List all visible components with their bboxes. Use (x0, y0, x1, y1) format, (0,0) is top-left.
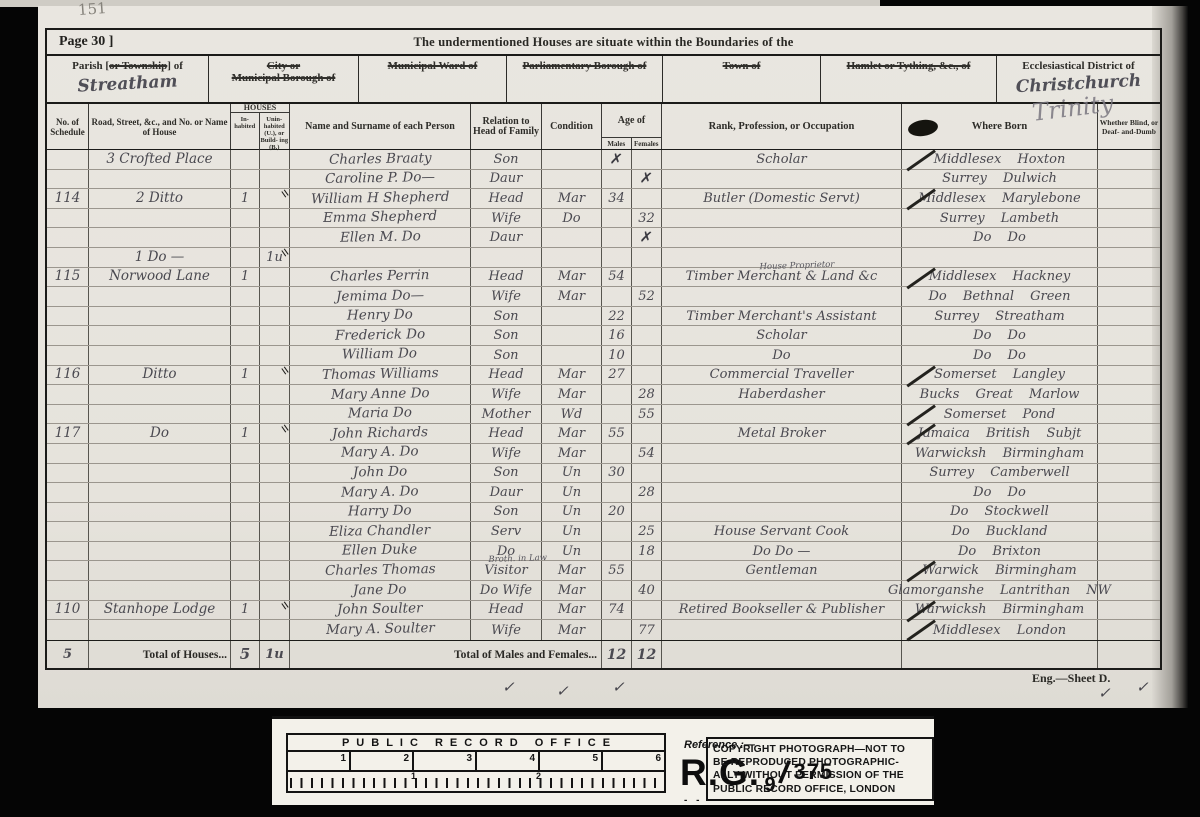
ruler-number: 6 (603, 752, 664, 770)
cell-f: 40 (632, 581, 662, 600)
table-row: Jane DoDo WifeMar40Glamorganshe Lantrith… (47, 581, 1160, 601)
cell-f (632, 307, 662, 326)
cell-blind (1098, 366, 1160, 385)
tally-stroke (906, 404, 935, 426)
pro-stamp-strip: PUBLIC RECORD OFFICE 123456 1 2 Referenc… (272, 716, 934, 805)
cell-m (602, 248, 632, 267)
cell-cond: Un (542, 542, 602, 561)
cell-m (602, 209, 632, 228)
cell-addr (89, 503, 231, 522)
cell-hu (260, 287, 290, 306)
cell-rel: Wife (471, 620, 542, 640)
cell-hu (260, 170, 290, 189)
cell-hu (260, 385, 290, 404)
cell-name: Mary Anne Do (290, 385, 471, 404)
cell-addr (89, 522, 231, 541)
cell-cond: Wd (542, 405, 602, 424)
cell-m (602, 620, 632, 640)
cell-born: Surrey Streatham (902, 307, 1098, 326)
cell-hi (231, 346, 260, 365)
cell-f: 52 (632, 287, 662, 306)
cell-born: Do Do (902, 483, 1098, 502)
cell-sched (47, 326, 89, 345)
cell-sched (47, 542, 89, 561)
cell-addr (89, 209, 231, 228)
table-row: Caroline P. Do—Daur✗Surrey Dulwich (47, 170, 1160, 190)
cell-m: 16 (602, 326, 632, 345)
cell-occ: Timber Merchant's Assistant (662, 307, 902, 326)
cell-m: 34 (602, 189, 632, 208)
cell-hu (260, 542, 290, 561)
cell-sched: 115 (47, 268, 89, 287)
cell-rel: Head (471, 268, 542, 287)
cell-occ: Retired Bookseller & Publisher (662, 601, 902, 620)
cell-born: Do Do (902, 346, 1098, 365)
cell-name: William H Shepherd= (290, 189, 471, 208)
col-header-age: Age of Males Females (602, 104, 662, 149)
cell-hu (260, 620, 290, 640)
table-row: 117Do1John Richards=HeadMar55Metal Broke… (47, 424, 1160, 444)
cell-sched (47, 307, 89, 326)
cell-cond (542, 228, 602, 247)
cell-hu (260, 307, 290, 326)
cell-cond: Do (542, 209, 602, 228)
cell-born: Jamaica British Subjt (902, 424, 1098, 443)
cell-name: Mary A. Do (290, 483, 471, 502)
table-row: Henry DoSon22Timber Merchant's Assistant… (47, 307, 1160, 327)
cell-blind (1098, 326, 1160, 345)
cell-born: Somerset Pond (902, 405, 1098, 424)
cell-born: Warwicksh Birmingham (902, 444, 1098, 463)
folio-number: 151 (77, 0, 107, 19)
cell-name: = (290, 248, 471, 267)
cell-rel: Son (471, 326, 542, 345)
cell-rel: Daur (471, 483, 542, 502)
cell-cond (542, 248, 602, 267)
cell-hu (260, 405, 290, 424)
cell-rel: Daur (471, 228, 542, 247)
cell-hi (231, 561, 260, 580)
cell-addr (89, 483, 231, 502)
cell-sched (47, 581, 89, 600)
census-form: Page 30 ] The undermentioned Houses are … (45, 28, 1162, 670)
cell-hi (231, 248, 260, 267)
cell-addr (89, 561, 231, 580)
cell-m (602, 228, 632, 247)
cell-rel: Head (471, 424, 542, 443)
form-title: The undermentioned Houses are situate wi… (413, 35, 793, 50)
cell-f: 28 (632, 385, 662, 404)
cell-addr (89, 620, 231, 640)
ruler-ticks: 1 2 (288, 772, 664, 789)
cell-blind (1098, 620, 1160, 640)
cell-name: John Do (290, 464, 471, 483)
cell-born: Do Buckland (902, 522, 1098, 541)
cell-blind (1098, 444, 1160, 463)
cell-addr (89, 385, 231, 404)
column-header-row: No. of Schedule Road, Street, &c., and N… (47, 104, 1160, 150)
cell-f: 28 (632, 483, 662, 502)
cell-addr (89, 287, 231, 306)
cell-occ: Timber Merchant & Land &cHouse Proprieto… (662, 268, 902, 287)
cell-f: 18 (632, 542, 662, 561)
cell-cond: Un (542, 503, 602, 522)
cell-hu (260, 503, 290, 522)
jurisdiction-value: Streatham (47, 72, 209, 97)
cell-m: 22 (602, 307, 632, 326)
cell-rel: Do Wife (471, 581, 542, 600)
cell-sched (47, 464, 89, 483)
cell-rel: Son (471, 346, 542, 365)
cell-sched: 110 (47, 601, 89, 620)
cell-rel (471, 248, 542, 267)
cell-rel: Son (471, 503, 542, 522)
jurisdiction-cell-2: Municipal Ward of (359, 56, 507, 102)
ruler-number: 2 (351, 752, 414, 770)
cell-f (632, 601, 662, 620)
cell-name: Mary A. Soulter (290, 620, 471, 640)
cell-f (632, 248, 662, 267)
cell-addr: 2 Ditto (89, 189, 231, 208)
cell-addr (89, 170, 231, 189)
cell-hu (260, 150, 290, 169)
col-header-females: Females (632, 138, 661, 149)
cell-name: Maria Do (290, 405, 471, 424)
cell-sched (47, 287, 89, 306)
cell-addr (89, 405, 231, 424)
cell-rel: Mother (471, 405, 542, 424)
col-header-occupation: Rank, Profession, or Occupation (662, 104, 902, 149)
cell-hi: 1 (231, 601, 260, 620)
check-mark: ✓ (502, 678, 515, 696)
ruler-inch-numbers: 123456 (288, 752, 664, 772)
cell-born: Bucks Great Marlow (902, 385, 1098, 404)
cell-cond (542, 346, 602, 365)
cell-blind (1098, 248, 1160, 267)
cell-sched (47, 150, 89, 169)
cell-blind (1098, 561, 1160, 580)
total-females: 12 (637, 648, 656, 662)
cell-cond (542, 170, 602, 189)
cell-born (902, 248, 1098, 267)
cell-born: Do Brixton (902, 542, 1098, 561)
cell-rel: Head (471, 366, 542, 385)
cell-sched (47, 248, 89, 267)
cell-sched (47, 170, 89, 189)
cell-f (632, 561, 662, 580)
cell-m (602, 385, 632, 404)
cell-occ: Gentleman (662, 561, 902, 580)
cell-occ (662, 503, 902, 522)
cell-cond: Un (542, 522, 602, 541)
cell-occ: Haberdasher (662, 385, 902, 404)
cell-cond (542, 150, 602, 169)
cell-occ (662, 581, 902, 600)
cell-hi (231, 170, 260, 189)
cell-addr (89, 228, 231, 247)
table-row: 110Stanhope Lodge1John Soulter=HeadMar74… (47, 601, 1160, 621)
cell-hi (231, 209, 260, 228)
cell-m: 55 (602, 424, 632, 443)
cell-hi: 1 (231, 366, 260, 385)
cell-occ (662, 405, 902, 424)
cell-m: 55 (602, 561, 632, 580)
census-scan: 151 Page 30 ] The undermentioned Houses … (0, 0, 1200, 817)
cell-name: Charles Thomas (290, 561, 471, 580)
cell-sched (47, 561, 89, 580)
cell-hi (231, 287, 260, 306)
cell-blind (1098, 346, 1160, 365)
cell-occ (662, 464, 902, 483)
jurisdiction-cell-5: Hamlet or Tything, &c., of (821, 56, 997, 102)
check-mark: ✓ (612, 678, 625, 696)
cell-m (602, 170, 632, 189)
jurisdiction-row: Parish [or Township] ofStreathamCity orM… (47, 56, 1160, 104)
cell-m: ✗ (602, 150, 632, 169)
cell-cond: Mar (542, 268, 602, 287)
cell-rel: Wife (471, 209, 542, 228)
cell-name: Frederick Do (290, 326, 471, 345)
col-header-males: Males (602, 138, 632, 149)
table-row: 3 Crofted PlaceCharles BraatySon✗Scholar… (47, 150, 1160, 170)
col-header-road: Road, Street, &c., and No. or Name of Ho… (89, 104, 231, 149)
check-mark: ✓ (556, 682, 569, 700)
cell-hi (231, 150, 260, 169)
cell-blind (1098, 170, 1160, 189)
table-row: 116Ditto1Thomas Williams=HeadMar27Commer… (47, 366, 1160, 386)
cell-m: 74 (602, 601, 632, 620)
cell-hi (231, 581, 260, 600)
cell-name: Henry Do (290, 307, 471, 326)
copyright-line: ALLY WITHOUT PERMISSION OF THE (713, 769, 927, 782)
ruler-number: 4 (477, 752, 540, 770)
cell-sched: 114 (47, 189, 89, 208)
cell-cond: Mar (542, 620, 602, 640)
cell-cond: Mar (542, 424, 602, 443)
form-title-row: Page 30 ] The undermentioned Houses are … (47, 30, 1160, 56)
table-row: Ellen DukeDoUn18Do Do —Do Brixton (47, 542, 1160, 562)
table-row: Harry DoSonUn20Do Stockwell (47, 503, 1160, 523)
census-table-body: 3 Crofted PlaceCharles BraatySon✗Scholar… (47, 150, 1160, 640)
cell-occ: Metal Broker (662, 424, 902, 443)
ruler-tick-marks (290, 778, 662, 788)
cell-born: Glamorganshe Lantrithan NW (902, 581, 1098, 600)
cell-m (602, 581, 632, 600)
cell-born: Surrey Lambeth (902, 209, 1098, 228)
jurisdiction-cell-4: Town of (663, 56, 821, 102)
cell-name: Emma Shepherd (290, 209, 471, 228)
cell-sched (47, 503, 89, 522)
cell-blind (1098, 228, 1160, 247)
cell-m: 10 (602, 346, 632, 365)
cell-hi (231, 483, 260, 502)
col-header-name: Name and Surname of each Person (290, 104, 471, 149)
relation-superscript: Broth. in Law (488, 553, 547, 565)
col-header-inhabited: In- habited (231, 113, 260, 151)
cell-sched (47, 522, 89, 541)
col-header-relation: Relation to Head of Family (471, 104, 542, 149)
cell-addr (89, 542, 231, 561)
cell-rel: VisitorBroth. in Law (471, 561, 542, 580)
cell-blind (1098, 385, 1160, 404)
cell-born: Do Bethnal Green (902, 287, 1098, 306)
cell-hi (231, 326, 260, 345)
cell-name: Ellen M. Do (290, 228, 471, 247)
cell-name: Ellen Duke (290, 542, 471, 561)
houses-label: HOUSES (231, 102, 289, 113)
table-row: Ellen M. DoDaur✗Do Do (47, 228, 1160, 248)
table-row: 1142 Ditto1William H Shepherd=HeadMar34B… (47, 189, 1160, 209)
cell-f (632, 424, 662, 443)
cell-born: Do Do (902, 326, 1098, 345)
cell-occ: Do (662, 346, 902, 365)
cell-sched (47, 228, 89, 247)
cell-hi: 1 (231, 268, 260, 287)
cell-sched (47, 444, 89, 463)
cell-hi (231, 620, 260, 640)
cell-m: 20 (602, 503, 632, 522)
cell-blind (1098, 307, 1160, 326)
cell-name: Jane Do (290, 581, 471, 600)
cell-f: 55 (632, 405, 662, 424)
totals-row: 5 Total of Houses... 5 1u Total of Males… (47, 640, 1160, 668)
cell-hu (260, 228, 290, 247)
table-row: Mary A. DoWifeMar54Warwicksh Birmingham (47, 444, 1160, 464)
cell-hu (260, 561, 290, 580)
cell-rel: Son (471, 150, 542, 169)
copyright-box: COPYRIGHT PHOTOGRAPH—NOT TOBE REPRODUCED… (706, 737, 934, 801)
cell-cond: Un (542, 483, 602, 502)
total-persons-label: Total of Males and Females... (290, 641, 602, 668)
cell-sched (47, 209, 89, 228)
cell-sched (47, 385, 89, 404)
cell-born: Warwick Birmingham (902, 561, 1098, 580)
jurisdiction-cell-0: Parish [or Township] ofStreatham (47, 56, 209, 102)
col-header-houses: HOUSES In- habited Unin- habited (U.), o… (231, 104, 290, 149)
cell-occ (662, 209, 902, 228)
cell-occ: Butler (Domestic Servt) (662, 189, 902, 208)
cell-name: William Do (290, 346, 471, 365)
cell-name: Mary A. Do (290, 444, 471, 463)
cell-rel: Wife (471, 444, 542, 463)
cell-born: Surrey Camberwell (902, 464, 1098, 483)
cell-cond: Mar (542, 444, 602, 463)
tally-stroke (906, 620, 935, 642)
total-houses-label: Total of Houses... (89, 641, 231, 668)
cell-hu (260, 483, 290, 502)
cell-occ (662, 483, 902, 502)
ruler-number: 5 (540, 752, 603, 770)
pro-office-title: PUBLIC RECORD OFFICE (288, 735, 664, 752)
cell-addr: Do (89, 424, 231, 443)
cell-hi (231, 464, 260, 483)
cell-addr: 3 Crofted Place (89, 150, 231, 169)
cell-name: Charles Braaty (290, 150, 471, 169)
table-row: Eliza ChandlerServUn25House Servant Cook… (47, 522, 1160, 542)
cell-hu (260, 268, 290, 287)
table-row: Emma ShepherdWifeDo32Surrey Lambeth (47, 209, 1160, 229)
cell-occ (662, 170, 902, 189)
cell-addr (89, 307, 231, 326)
cell-hu (260, 346, 290, 365)
cell-hi (231, 444, 260, 463)
cell-born: Surrey Dulwich (902, 170, 1098, 189)
table-row: Jemima Do—WifeMar52Do Bethnal Green (47, 287, 1160, 307)
cell-f: 32 (632, 209, 662, 228)
cell-rel: Wife (471, 385, 542, 404)
cell-name: Jemima Do— (290, 287, 471, 306)
cell-sched: 117 (47, 424, 89, 443)
table-row: John DoSonUn30Surrey Camberwell (47, 464, 1160, 484)
cell-born: Somerset Langley (902, 366, 1098, 385)
cell-blind (1098, 189, 1160, 208)
cell-sched (47, 346, 89, 365)
cell-born: Do Do (902, 228, 1098, 247)
total-males: 12 (607, 648, 626, 662)
cell-born: Middlesex Hoxton (902, 150, 1098, 169)
cell-blind (1098, 150, 1160, 169)
cell-cond (542, 307, 602, 326)
cell-born: Middlesex Hackney (902, 268, 1098, 287)
cell-hu (260, 581, 290, 600)
table-row: 115Norwood Lane1Charles PerrinHeadMar54T… (47, 268, 1160, 288)
cell-hi (231, 228, 260, 247)
cell-blind (1098, 424, 1160, 443)
cell-f (632, 326, 662, 345)
cell-hi: 1 (231, 189, 260, 208)
table-row: Frederick DoSon16ScholarDo Do (47, 326, 1160, 346)
cell-blind (1098, 601, 1160, 620)
cell-born: Middlesex London (902, 620, 1098, 640)
cell-hi (231, 307, 260, 326)
cell-cond: Mar (542, 189, 602, 208)
cell-hi (231, 522, 260, 541)
cell-occ: Do Do — (662, 542, 902, 561)
cell-addr: 1 Do — (89, 248, 231, 267)
copyright-line: COPYRIGHT PHOTOGRAPH—NOT TO (713, 743, 927, 756)
cell-occ: Commercial Traveller (662, 366, 902, 385)
cell-occ (662, 444, 902, 463)
cell-blind (1098, 542, 1160, 561)
table-row: Mary Anne DoWifeMar28HaberdasherBucks Gr… (47, 385, 1160, 405)
totals-margin-note: 5 (63, 648, 72, 661)
total-houses-value: 5 (240, 647, 250, 662)
table-row: Mary A. SoulterWifeMar77Middlesex London (47, 620, 1160, 640)
cell-m: 27 (602, 366, 632, 385)
cell-name: John Richards= (290, 424, 471, 443)
cell-f: ✗ (632, 170, 662, 189)
cell-hu (260, 444, 290, 463)
cell-rel: Son (471, 464, 542, 483)
cell-hu (260, 326, 290, 345)
cell-f: 25 (632, 522, 662, 541)
cell-m (602, 444, 632, 463)
cell-blind (1098, 581, 1160, 600)
cell-blind (1098, 287, 1160, 306)
cell-m (602, 483, 632, 502)
cell-born: Do Stockwell (902, 503, 1098, 522)
cell-f (632, 346, 662, 365)
cell-m (602, 542, 632, 561)
cell-cond: Mar (542, 561, 602, 580)
cell-cond: Un (542, 464, 602, 483)
cell-addr (89, 326, 231, 345)
cell-addr: Norwood Lane (89, 268, 231, 287)
ruler-number: 3 (414, 752, 477, 770)
copyright-line: BE REPRODUCED PHOTOGRAPHIC- (713, 756, 927, 769)
age-label: Age of (602, 104, 661, 137)
cell-addr: Ditto (89, 366, 231, 385)
